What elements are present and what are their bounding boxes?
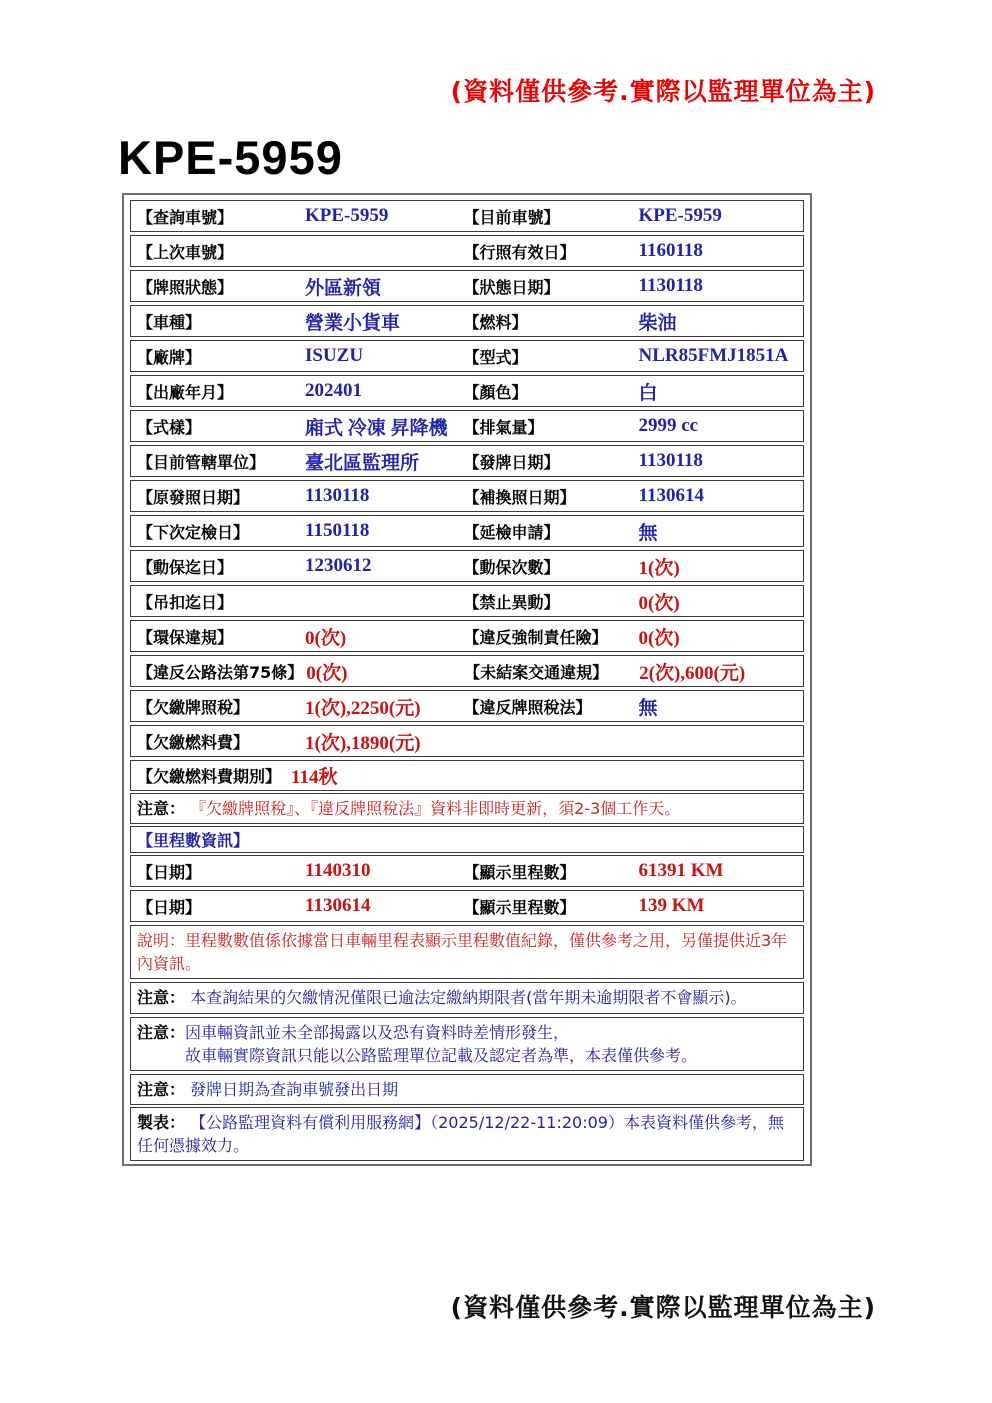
field-label: 【下次定檢日】 [137,520,302,543]
field-value: 1(次) [634,553,798,580]
field-label: 【延檢申請】 [464,520,634,543]
field-label: 【欠繳燃料費期別】 [137,764,281,787]
field-value: KPE-5959 [634,205,798,227]
field-value: 114秋 [281,762,337,789]
field-label: 【吊扣迄日】 [137,590,302,613]
field-value: 無 [634,693,798,720]
field-label: 【日期】 [137,860,302,883]
field-label: 【廠牌】 [137,345,302,368]
field-value: 61391 KM [634,860,798,882]
field-value: 營業小貨車 [302,308,464,335]
field-value: 2(次),600(元) [634,658,797,685]
field-value: 白 [634,378,798,405]
note-prefix: 注意： [137,1080,185,1099]
note-text: 因車輛資訊並未全部揭露以及恐有資料時差情形發生， 故車輛實際資訊只能以公路監理單… [185,1021,697,1067]
field-value: 1130118 [634,275,798,297]
field-value: 廂式 冷凍 昇降機 [302,413,464,440]
field-label: 【欠繳燃料費】 [137,730,302,753]
field-value: KPE-5959 [302,205,464,227]
field-value: 1230612 [302,555,464,577]
field-label: 【發牌日期】 [464,450,634,473]
field-value: 202401 [302,380,464,402]
plate-title: KPE-5959 [118,134,992,181]
row-factory-date: 【出廠年月】 202401 【顏色】 白 [130,375,804,407]
field-label: 【式樣】 [137,415,302,438]
field-label: 【型式】 [464,345,634,368]
field-value: 無 [634,518,798,545]
row-suspension: 【吊扣迄日】 【禁止異動】 0(次) [130,585,804,617]
field-label: 【出廠年月】 [137,380,302,403]
row-license-tax-owed: 【欠繳牌照稅】 1(次),2250(元) 【違反牌照稅法】 無 [130,690,804,722]
field-label: 【日期】 [137,895,302,918]
note-text: 【公路監理資料有償利用服務網】（2025/12/22-11:20:09）本表資料… [137,1113,784,1155]
row-note-disclosure: 注意： 因車輛資訊並未全部揭露以及恐有資料時差情形發生， 故車輛實際資訊只能以公… [130,1017,804,1071]
field-label: 【補換照日期】 [464,485,634,508]
field-value: 1150118 [302,520,464,542]
field-label: 【禁止異動】 [464,590,634,613]
note-prefix: 注意： [137,988,185,1007]
row-lien-until: 【動保迄日】 1230612 【動保次數】 1(次) [130,550,804,582]
field-value: 0(次) [634,623,798,650]
note-prefix: 製表： [137,1113,185,1132]
note-line: 故車輛實際資訊只能以公路監理單位記載及認定者為準，本表僅供參考。 [185,1044,697,1067]
row-note-footer: 製表： 【公路監理資料有償利用服務網】（2025/12/22-11:20:09）… [130,1107,804,1161]
row-fuel-fee-owed: 【欠繳燃料費】 1(次),1890(元) [130,725,804,757]
note-text: 說明：里程數數值係依據當日車輛里程表顯示里程數值紀錄，僅供參考之用，另僅提供近3… [137,931,787,973]
row-note-issue-date: 注意： 發牌日期為查詢車號發出日期 [130,1074,804,1105]
field-value: 1(次),1890(元) [302,728,464,755]
bottom-disclaimer: (資料僅供參考.實際以監理單位為主) [0,1288,992,1324]
row-mileage-header: 【里程數資訊】 [130,826,804,853]
field-value: 1140310 [302,860,464,882]
row-mileage-1: 【日期】 1140310 【顯示里程數】 61391 KM [130,855,804,887]
field-value: NLR85FMJ1851A [634,345,798,367]
field-value: 1130614 [634,485,798,507]
row-note-mileage: 說明：里程數數值係依據當日車輛里程表顯示里程數值紀錄，僅供參考之用，另僅提供近3… [130,925,804,979]
row-original-issue: 【原發照日期】 1130118 【補換照日期】 1130614 [130,480,804,512]
row-authority: 【目前管轄單位】 臺北區監理所 【發牌日期】 1130118 [130,445,804,477]
top-disclaimer: (資料僅供參考.實際以監理單位為主) [0,0,992,108]
note-text: 本查詢結果的欠繳情況僅限已逾法定繳納期限者(當年期未逾期限者不會顯示)。 [190,988,747,1007]
note-line: 因車輛資訊並未全部揭露以及恐有資料時差情形發生， [185,1021,697,1044]
field-label: 【車種】 [137,310,302,333]
row-mileage-2: 【日期】 1130614 【顯示里程數】 139 KM [130,890,804,922]
field-value: 2999 cc [634,415,798,437]
field-label: 【動保迄日】 [137,555,302,578]
field-label: 【顯示里程數】 [464,860,634,883]
field-label: 【牌照狀態】 [137,275,302,298]
field-value: 1160118 [634,240,798,262]
field-label: 【目前管轄單位】 [137,450,302,473]
row-next-inspection: 【下次定檢日】 1150118 【延檢申請】 無 [130,515,804,547]
note-text: 發牌日期為查詢車號發出日期 [190,1080,398,1099]
field-value: 1130614 [302,895,464,917]
field-value: 1130118 [302,485,464,507]
field-label: 【上次車號】 [137,240,302,263]
field-label: 【環保違規】 [137,625,302,648]
note-text: 『欠繳牌照稅』、『違反牌照稅法』資料非即時更新，須2-3個工作天。 [190,799,680,818]
field-label: 【燃料】 [464,310,634,333]
field-label: 【欠繳牌照稅】 [137,695,302,718]
row-license-status: 【牌照狀態】 外區新領 【狀態日期】 1130118 [130,270,804,302]
field-label: 【顯示里程數】 [464,895,634,918]
row-plate-query: 【查詢車號】 KPE-5959 【目前車號】 KPE-5959 [130,200,804,232]
field-label: 【動保次數】 [464,555,634,578]
row-note-overdue: 注意： 本查詢結果的欠繳情況僅限已逾法定繳納期限者(當年期未逾期限者不會顯示)。 [130,982,804,1014]
field-value: 柴油 [634,308,798,335]
field-label: 【原發照日期】 [137,485,302,508]
field-label: 【違反強制責任險】 [464,625,634,648]
field-value: 0(次) [302,623,464,650]
field-value: 臺北區監理所 [302,448,464,475]
note-prefix: 注意： [137,799,185,818]
row-highway-law-75: 【違反公路法第75條】 0(次) 【未結案交通違規】 2(次),600(元) [130,655,804,687]
field-value: 0(次) [303,658,464,685]
field-label: 【顏色】 [464,380,634,403]
field-value: 139 KM [634,895,798,917]
field-label: 【查詢車號】 [137,205,302,228]
field-value: 1130118 [634,450,798,472]
section-header: 【里程數資訊】 [137,828,249,851]
field-label: 【違反公路法第75條】 [137,660,303,683]
row-brand: 【廠牌】 ISUZU 【型式】 NLR85FMJ1851A [130,340,804,372]
field-label: 【狀態日期】 [464,275,634,298]
field-label: 【未結案交通違規】 [464,660,634,683]
field-label: 【行照有效日】 [464,240,634,263]
field-value: 0(次) [634,588,798,615]
field-value: 外區新領 [302,273,464,300]
field-value: 1(次),2250(元) [302,693,464,720]
row-fuel-fee-period: 【欠繳燃料費期別】 114秋 [130,760,804,791]
row-note-tax-update: 注意： 『欠繳牌照稅』、『違反牌照稅法』資料非即時更新，須2-3個工作天。 [130,793,804,824]
row-vehicle-type: 【車種】 營業小貨車 【燃料】 柴油 [130,305,804,337]
row-env-violation: 【環保違規】 0(次) 【違反強制責任險】 0(次) [130,620,804,652]
field-label: 【違反牌照稅法】 [464,695,634,718]
field-value: ISUZU [302,345,464,367]
note-prefix: 注意： [137,1021,185,1044]
vehicle-info-table: 【查詢車號】 KPE-5959 【目前車號】 KPE-5959 【上次車號】 【… [122,193,812,1166]
row-body-style: 【式樣】 廂式 冷凍 昇降機 【排氣量】 2999 cc [130,410,804,442]
row-prev-plate: 【上次車號】 【行照有效日】 1160118 [130,235,804,267]
field-label: 【排氣量】 [464,415,634,438]
field-label: 【目前車號】 [464,205,634,228]
